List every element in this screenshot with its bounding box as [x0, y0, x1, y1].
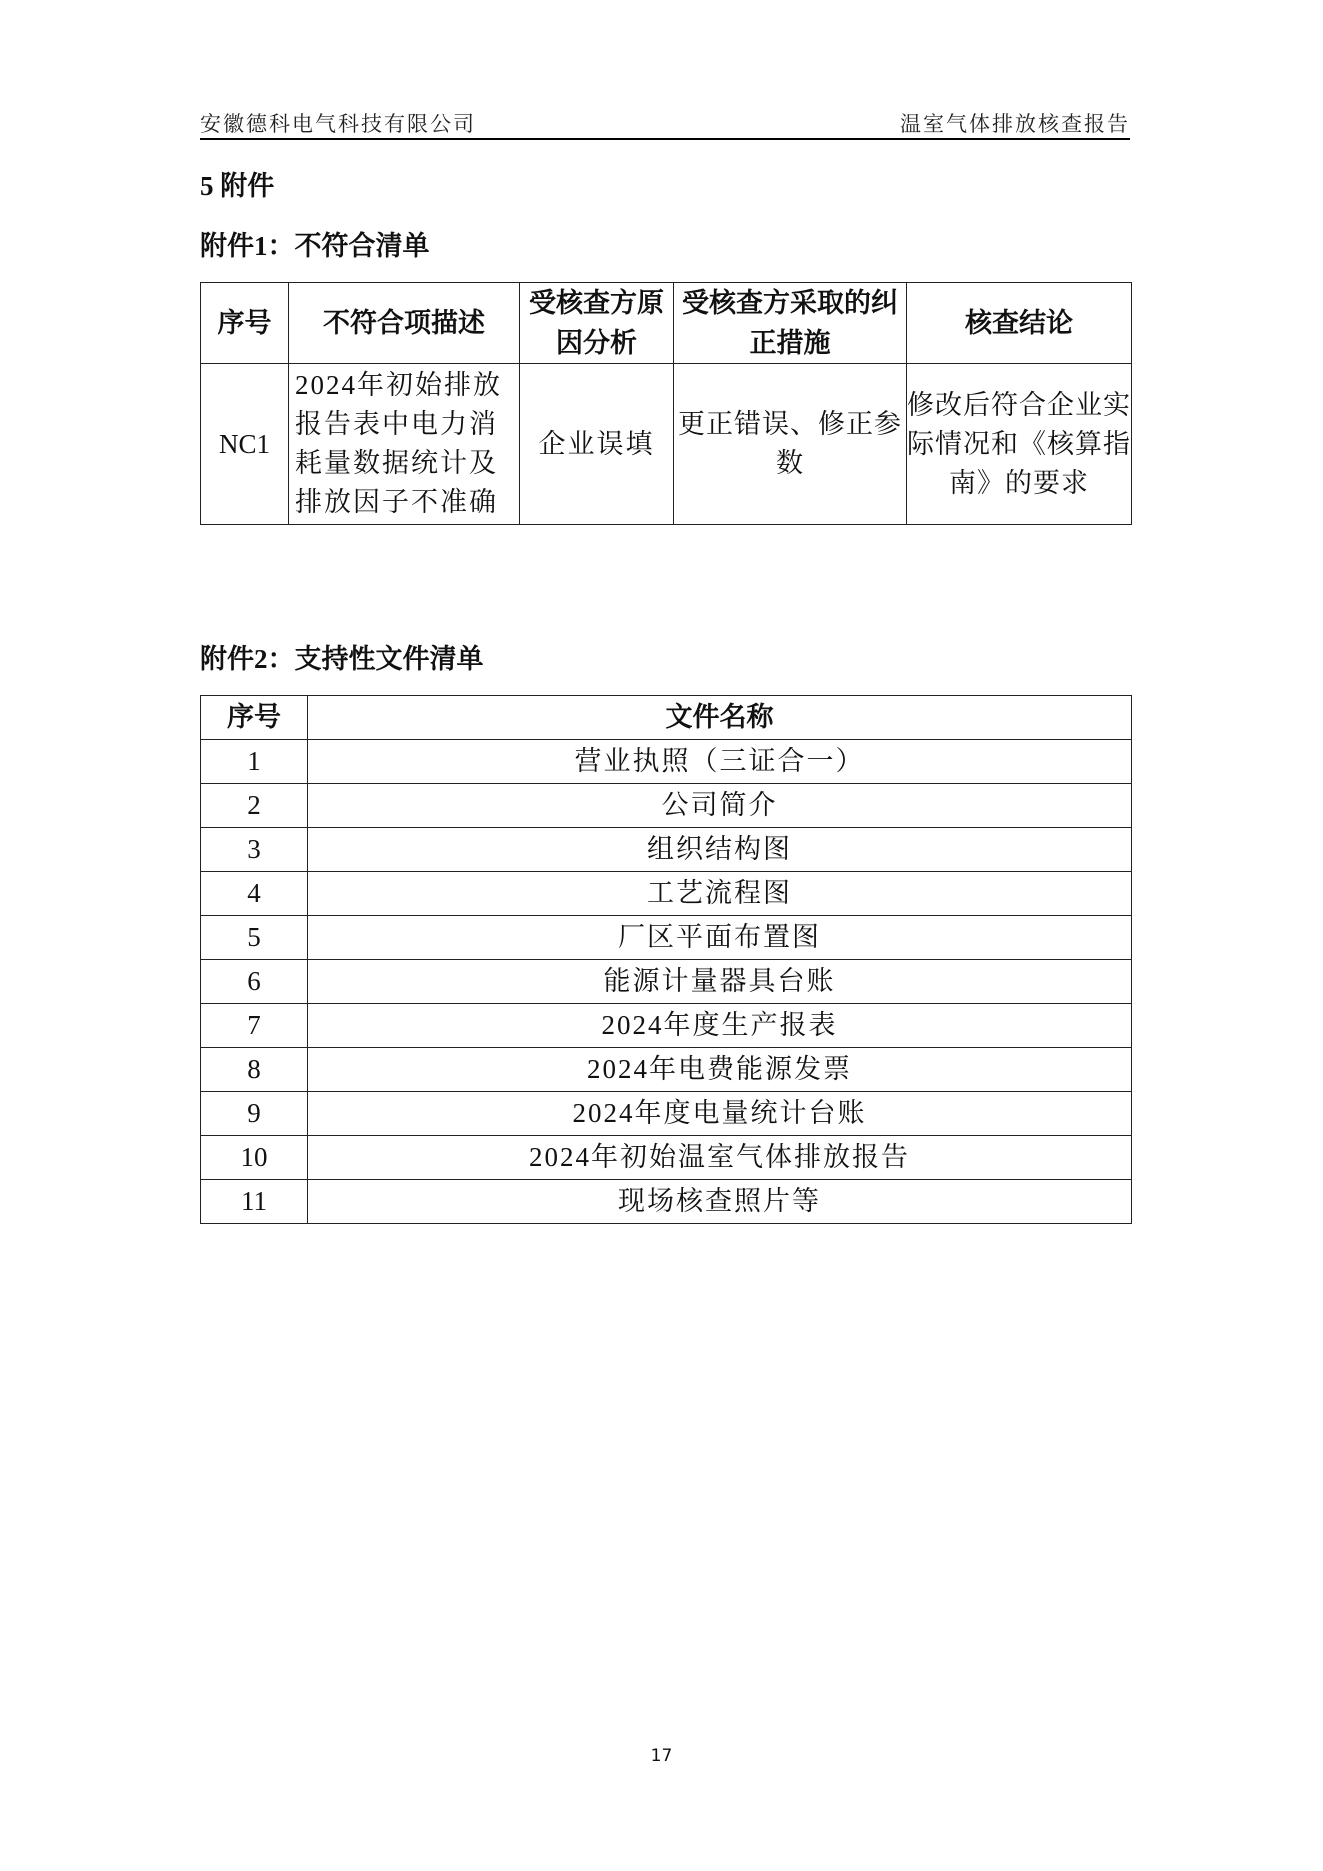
- doc-name: 能源计量器具台账: [308, 960, 1132, 1004]
- column-header: 受核查方原因分析: [520, 283, 674, 364]
- table-row: 5厂区平面布置图: [201, 916, 1132, 960]
- nonconformity-table: 序号 不符合项描述 受核查方原因分析 受核查方采取的纠正措施 核查结论 NC1 …: [200, 282, 1132, 525]
- column-header: 序号: [201, 283, 289, 364]
- table-row: 102024年初始温室气体排放报告: [201, 1136, 1132, 1180]
- doc-no: 2: [201, 784, 308, 828]
- table-row: 2公司简介: [201, 784, 1132, 828]
- nc-conclusion: 修改后符合企业实际情况和《核算指南》的要求: [907, 364, 1132, 525]
- nc-cause: 企业误填: [520, 364, 674, 525]
- section-title-text: 附件: [220, 171, 274, 201]
- table-row: 11现场核查照片等: [201, 1180, 1132, 1224]
- doc-no: 6: [201, 960, 308, 1004]
- column-header: 受核查方采取的纠正措施: [674, 283, 907, 364]
- doc-name: 现场核查照片等: [308, 1180, 1132, 1224]
- doc-name: 厂区平面布置图: [308, 916, 1132, 960]
- attachment2-title: 附件2：支持性文件清单: [200, 637, 484, 676]
- column-header: 不符合项描述: [289, 283, 520, 364]
- table-row: 6能源计量器具台账: [201, 960, 1132, 1004]
- table-row: 72024年度生产报表: [201, 1004, 1132, 1048]
- doc-no: 9: [201, 1092, 308, 1136]
- column-header: 序号: [201, 696, 308, 740]
- table-row: 3组织结构图: [201, 828, 1132, 872]
- doc-name: 工艺流程图: [308, 872, 1132, 916]
- doc-no: 11: [201, 1180, 308, 1224]
- table-row: 92024年度电量统计台账: [201, 1092, 1132, 1136]
- doc-no: 1: [201, 740, 308, 784]
- doc-no: 5: [201, 916, 308, 960]
- nc-description: 2024年初始排放报告表中电力消耗量数据统计及排放因子不准确: [289, 364, 520, 525]
- section-title: 5 附件: [200, 164, 274, 203]
- table-header-row: 序号 文件名称: [201, 696, 1132, 740]
- table-row: 4工艺流程图: [201, 872, 1132, 916]
- doc-name: 2024年度生产报表: [308, 1004, 1132, 1048]
- header-divider: [200, 138, 1130, 140]
- doc-name: 组织结构图: [308, 828, 1132, 872]
- doc-name: 2024年度电量统计台账: [308, 1092, 1132, 1136]
- attachment1-title: 附件1：不符合清单: [200, 224, 430, 263]
- column-header: 文件名称: [308, 696, 1132, 740]
- table-row: 82024年电费能源发票: [201, 1048, 1132, 1092]
- table-row: NC1 2024年初始排放报告表中电力消耗量数据统计及排放因子不准确 企业误填 …: [201, 364, 1132, 525]
- page-number: 17: [0, 1746, 1323, 1766]
- doc-no: 4: [201, 872, 308, 916]
- nc-correction: 更正错误、修正参数: [674, 364, 907, 525]
- doc-no: 8: [201, 1048, 308, 1092]
- doc-name: 2024年电费能源发票: [308, 1048, 1132, 1092]
- doc-name: 营业执照（三证合一）: [308, 740, 1132, 784]
- table-header-row: 序号 不符合项描述 受核查方原因分析 受核查方采取的纠正措施 核查结论: [201, 283, 1132, 364]
- section-number: 5: [200, 171, 214, 201]
- doc-no: 3: [201, 828, 308, 872]
- header-report-title: 温室气体排放核查报告: [900, 108, 1130, 138]
- doc-no: 10: [201, 1136, 308, 1180]
- column-header: 核查结论: [907, 283, 1132, 364]
- doc-name: 2024年初始温室气体排放报告: [308, 1136, 1132, 1180]
- header-company-name: 安徽德科电气科技有限公司: [200, 108, 476, 138]
- nc-id: NC1: [201, 364, 289, 525]
- doc-no: 7: [201, 1004, 308, 1048]
- supporting-documents-table: 序号 文件名称 1营业执照（三证合一） 2公司简介 3组织结构图 4工艺流程图 …: [200, 695, 1132, 1224]
- table-row: 1营业执照（三证合一）: [201, 740, 1132, 784]
- doc-name: 公司简介: [308, 784, 1132, 828]
